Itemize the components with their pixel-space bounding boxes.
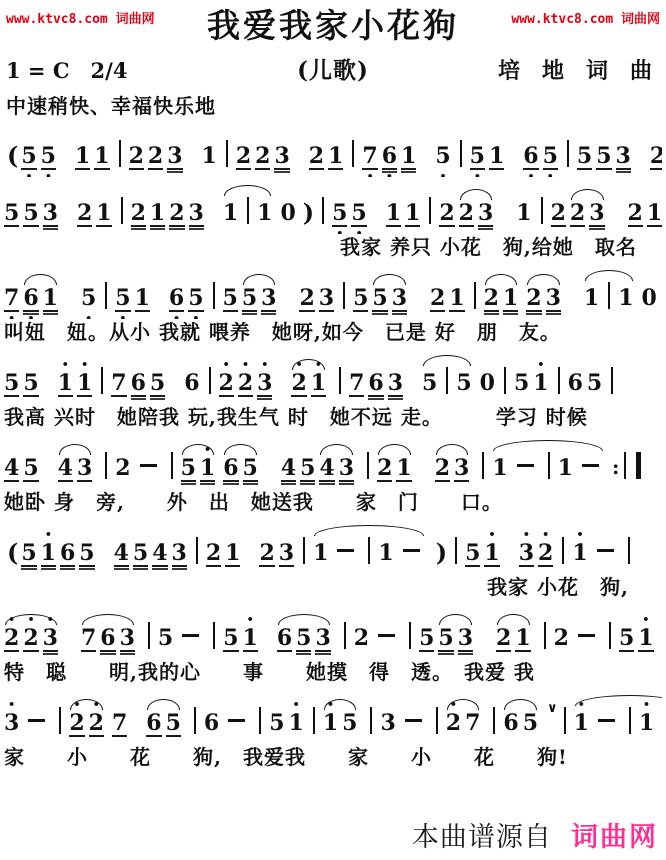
- octave-dot-below: •: [173, 314, 180, 319]
- note: 1•: [638, 626, 653, 652]
- slur-group: 21: [484, 286, 523, 312]
- repeat-dots: :: [612, 455, 619, 479]
- note: 2: [484, 286, 499, 312]
- note: 5: [577, 144, 592, 170]
- barline: [121, 197, 123, 224]
- note: 3: [616, 144, 631, 170]
- note: 5•: [435, 144, 450, 168]
- note: 1•: [289, 711, 304, 735]
- note: 3: [339, 456, 354, 482]
- note: 2: [259, 541, 274, 567]
- note: 2: [526, 286, 541, 312]
- octave-dot-above: •: [537, 360, 544, 370]
- note: 3: [261, 286, 276, 312]
- note: 5: [514, 371, 529, 395]
- lyrics-line: 她卧 身 旁, 外 出 她送我 家 门 口。: [4, 489, 662, 517]
- note: 1: [202, 144, 217, 168]
- octave-dot-below: •: [440, 172, 447, 177]
- watermark-left: www.ktvc8.com 词曲网: [6, 8, 155, 27]
- octave-dot-below: •: [527, 172, 534, 177]
- slur-group: 2•2•3•: [4, 626, 62, 652]
- note: 6: [184, 371, 199, 395]
- octave-dot-below: •: [27, 314, 34, 319]
- parenthesis: ): [303, 198, 314, 227]
- note: 1: [257, 201, 272, 225]
- source-site: 词曲网: [571, 822, 658, 853]
- note: 1: [96, 201, 111, 227]
- note: 2: [650, 144, 662, 170]
- slur-group: 23: [459, 201, 498, 227]
- note: 2: [255, 144, 270, 170]
- note: 1•: [243, 626, 258, 652]
- note: 3: [478, 201, 493, 227]
- note: 5: [596, 144, 611, 170]
- note: 6: [60, 541, 75, 567]
- slur-group: 53: [242, 286, 281, 312]
- note: 6•: [523, 144, 538, 170]
- lyrics-line: 我高 兴时 她陪我 玩,我生气 时 她不远 走。 学习 时候: [4, 404, 662, 432]
- note: 5: [372, 286, 387, 312]
- notes-line: 553212123110)5•5•11223122321: [4, 182, 662, 234]
- note: 5: [133, 541, 148, 567]
- slur-group: 763: [81, 626, 139, 652]
- barline: [194, 707, 196, 734]
- note: 3•: [43, 626, 58, 652]
- note: 0: [480, 371, 495, 395]
- octave-dot-below: •: [336, 229, 343, 234]
- octave-dot-below: •: [192, 314, 199, 319]
- note: 2: [570, 201, 585, 227]
- duration-dash: [405, 719, 422, 722]
- note: 2: [77, 201, 92, 227]
- slur-group: 23: [570, 201, 609, 227]
- parenthesis: (: [7, 141, 18, 170]
- barline: [339, 367, 341, 394]
- note: 4: [114, 541, 129, 567]
- note: 6: [568, 371, 583, 395]
- lyrics-line: 叫妞 妞。从小 我就 喂养 她呀,如今 已是 好 朋 友。: [4, 319, 662, 347]
- slur-group: 653: [277, 626, 335, 652]
- note: 3: [274, 144, 289, 170]
- notes-line: (51•654543212311)51•3•2•1•: [4, 522, 662, 574]
- parenthesis: ): [436, 538, 447, 567]
- note: 5•: [351, 201, 366, 227]
- barline: [213, 282, 215, 309]
- barline: [105, 452, 107, 479]
- system-row: 553212123110)5•5•11223122321 我家 养只 小花 狗,…: [4, 182, 662, 262]
- barline: [367, 452, 369, 479]
- note: 0: [280, 201, 295, 225]
- source-prefix: 本曲谱源自: [412, 822, 552, 853]
- note: 3: [172, 541, 187, 567]
- system-row: (5•5•112231223217•6•15•5•16•5•55320: [4, 125, 662, 177]
- notes-line: 551•1•76562•2•3•2•1•76355051•65: [4, 352, 662, 404]
- barline: [567, 140, 569, 167]
- note: 0: [642, 286, 657, 310]
- note: 1: [396, 456, 411, 482]
- duration-dash: [28, 719, 45, 722]
- octave-dot-above: •: [93, 700, 100, 710]
- slur-group: 55: [422, 367, 476, 397]
- note: 5: [158, 626, 173, 650]
- barline: [101, 367, 103, 394]
- watermark-right: www.ktvc8.com 词曲网: [511, 8, 660, 27]
- duration-dash: [140, 464, 157, 467]
- slur-group: 21: [496, 626, 535, 652]
- octave-dot-above: •: [523, 530, 530, 540]
- barline: [409, 622, 411, 649]
- note: 5: [523, 711, 538, 735]
- note: 3: [120, 626, 135, 652]
- duration-dash: [403, 549, 420, 552]
- note: 1•: [58, 371, 73, 397]
- duration-dash: [517, 464, 534, 467]
- note: 7•: [362, 144, 377, 170]
- note: 6•: [382, 144, 397, 170]
- octave-dot-above: •: [8, 700, 15, 710]
- note: 2: [628, 201, 643, 227]
- octave-dot-below: •: [119, 314, 126, 319]
- barline: [548, 452, 550, 479]
- note: 6: [368, 371, 383, 397]
- credits: 培 地 词 曲: [369, 54, 662, 85]
- note: 3: [279, 541, 294, 567]
- barline: [544, 622, 546, 649]
- note: 5: [438, 626, 453, 652]
- slur-group: 2•1•: [291, 371, 330, 397]
- note: 2: [377, 456, 392, 482]
- barline: [628, 537, 630, 564]
- octave-dot-above: •: [27, 615, 34, 625]
- octave-dot-above: •: [489, 530, 496, 540]
- note: 3: [315, 626, 330, 652]
- note: 5: [456, 371, 471, 395]
- octave-dot-above: •: [643, 700, 650, 710]
- note: 2: [554, 626, 569, 650]
- note: 3: [77, 456, 92, 482]
- note: 1: [378, 541, 393, 565]
- note: 5•: [41, 144, 56, 170]
- note: 5•: [115, 286, 130, 312]
- note: 3: [454, 456, 469, 482]
- note: 2: [206, 541, 221, 567]
- note: 1•: [574, 711, 589, 735]
- note: 5: [619, 626, 634, 652]
- barline: [352, 140, 354, 167]
- slur-group: 1•5: [323, 711, 362, 737]
- note: 2: [430, 286, 445, 312]
- note: 3: [167, 144, 182, 170]
- note: 2•: [4, 626, 19, 652]
- note: 5: [243, 456, 258, 482]
- note: 1: [150, 201, 165, 227]
- barline: [226, 140, 228, 167]
- note: 7: [111, 371, 126, 397]
- note: 5: [242, 286, 257, 312]
- note: 2: [131, 201, 146, 227]
- note: 6: [277, 626, 292, 652]
- lyrics-line: 家 小 花 狗, 我爱我 家 小 花 狗!: [4, 744, 662, 772]
- slur-group: 21: [377, 456, 416, 482]
- octave-dot-above: •: [327, 700, 334, 710]
- score: (5•5•112231223217•6•15•5•16•5•5532055321…: [4, 125, 662, 772]
- note: 5•: [470, 144, 485, 170]
- note: 2•: [238, 371, 253, 397]
- note: 5: [465, 541, 480, 567]
- note: 2: [551, 201, 566, 227]
- lyrics-line: 特 聪 明,我的心 事 她摸 得 透。 我爱 我: [4, 659, 662, 687]
- barline: [564, 707, 566, 734]
- octave-dot-above: •: [293, 700, 300, 710]
- octave-dot-above: •: [642, 615, 649, 625]
- note: 1: [492, 456, 507, 480]
- note: 5: [223, 286, 238, 312]
- note: 1: [618, 286, 633, 310]
- octave-dot-above: •: [450, 700, 457, 710]
- octave-dot-below: •: [367, 172, 374, 177]
- note: 1: [43, 286, 58, 312]
- barline: [624, 452, 626, 479]
- note: 5•: [81, 286, 96, 310]
- barline: [105, 282, 107, 309]
- barline: [59, 707, 61, 734]
- note: 5•: [543, 144, 558, 170]
- subtitle: (儿歌): [297, 52, 369, 85]
- note: 5: [587, 371, 602, 395]
- barline: [482, 452, 484, 479]
- barline: [343, 282, 345, 309]
- note: 1: [135, 286, 150, 312]
- note: 5•: [332, 201, 347, 227]
- note: 1•: [484, 541, 499, 567]
- duration-dash: [578, 634, 595, 637]
- notes-line: 7•6•15•5•16•5•55323553212123110: [4, 267, 662, 319]
- note: 1: [584, 286, 599, 310]
- note: 3: [392, 286, 407, 312]
- slur-group: 51•: [181, 456, 220, 482]
- octave-dot-above: •: [81, 360, 88, 370]
- barline: [608, 282, 610, 309]
- barline: [247, 197, 249, 224]
- note: 2: [354, 626, 369, 650]
- octave-dot-above: •: [261, 360, 268, 370]
- system-row: (51•654543212311)51•3•2•1• 我家 小花 狗,: [4, 522, 662, 602]
- note: 1•: [323, 711, 338, 735]
- barline: [611, 367, 613, 394]
- note: 3•: [257, 371, 272, 397]
- octave-dot-above: •: [576, 530, 583, 540]
- slur-group: 53: [438, 626, 477, 652]
- note: 2: [115, 456, 130, 480]
- slur-group: 11: [584, 282, 638, 312]
- slur-group: 11: [492, 452, 608, 482]
- duration-dash: [582, 464, 599, 467]
- note: 6: [100, 626, 115, 652]
- barline: [562, 537, 564, 564]
- note: 1: [515, 626, 530, 652]
- lyrics-line: 我家 小花 狗,: [4, 574, 662, 602]
- slur-group: 23: [526, 286, 565, 312]
- barline: [209, 367, 211, 394]
- octave-dot-above: •: [62, 360, 69, 370]
- note: 1: [401, 144, 416, 170]
- slur-group: 23: [435, 456, 474, 482]
- note: 5: [300, 456, 315, 482]
- barline: [148, 622, 150, 649]
- note: 1•: [200, 456, 215, 482]
- octave-dot-above: •: [8, 615, 15, 625]
- octave-dot-above: •: [296, 360, 303, 370]
- octave-dot-above: •: [47, 615, 54, 625]
- barline: [429, 197, 431, 224]
- duration-dash: [597, 549, 614, 552]
- note: 4: [281, 456, 296, 482]
- note: 5: [23, 371, 38, 397]
- note: 1: [449, 286, 464, 312]
- barline: [504, 367, 506, 394]
- duration-dash: [378, 634, 395, 637]
- system-row: 3•2•2•765651•1•532•765∨1•1•家 小 花 狗, 我爱我 …: [4, 692, 662, 772]
- barline: [119, 140, 121, 167]
- note: 1: [503, 286, 518, 312]
- barline-thick: [636, 452, 641, 479]
- lyrics-line: 我家 养只 小花 狗,给她 取名: [4, 234, 662, 262]
- note: 2: [309, 144, 324, 170]
- octave-dot-above: •: [315, 360, 322, 370]
- barline: [446, 367, 448, 394]
- barline: [196, 537, 198, 564]
- barline: [213, 622, 215, 649]
- octave-dot-below: •: [356, 229, 363, 234]
- note: 7: [112, 711, 127, 737]
- note: 1: [647, 201, 662, 227]
- octave-dot-below: •: [547, 172, 554, 177]
- source-footer: 本曲谱源自 词曲网: [412, 815, 658, 854]
- octave-dot-above: •: [247, 615, 254, 625]
- note: 3: [546, 286, 561, 312]
- note: 2: [439, 201, 454, 227]
- notes-line: 4543251•654543212311:: [4, 437, 662, 489]
- header: www.ktvc8.com 词曲网 我爱我家小花狗 www.ktvc8.com …: [4, 4, 662, 50]
- note: 5•: [21, 144, 36, 170]
- note: 5: [419, 626, 434, 652]
- note: 1: [75, 144, 90, 170]
- note: 5: [269, 711, 284, 735]
- octave-dot-above: •: [542, 530, 549, 540]
- note: 1: [386, 201, 401, 227]
- barline: [558, 367, 560, 394]
- octave-dot-below: •: [45, 172, 52, 177]
- note: 1•: [639, 711, 654, 735]
- parenthesis: (: [7, 538, 18, 567]
- key-time-signature: 1 = C 2/4: [4, 55, 297, 85]
- slur-group: 43: [58, 456, 97, 482]
- note: 1: [313, 541, 328, 565]
- slur-group: 11: [313, 537, 429, 567]
- note: 1•: [572, 541, 587, 565]
- octave-dot-below: •: [474, 172, 481, 177]
- note: 5: [4, 371, 19, 397]
- barline: [455, 537, 457, 564]
- slur-group: 65: [146, 711, 185, 737]
- note: 1•: [311, 371, 326, 397]
- notes-line: 3•2•2•765651•1•532•765∨1•1•: [4, 692, 662, 744]
- note: 6: [146, 711, 161, 737]
- barline: [344, 622, 346, 649]
- octave-dot-above: •: [223, 360, 230, 370]
- barline: [609, 622, 611, 649]
- note: 3: [458, 626, 473, 652]
- system-row: 7•6•15•5•16•5•55323553212123110叫妞 妞。从小 我…: [4, 267, 662, 347]
- duration-dash: [182, 634, 199, 637]
- note: 5: [342, 711, 357, 735]
- slur-group: 2•7: [446, 711, 485, 737]
- note: 2•: [89, 711, 104, 737]
- barline: [368, 537, 370, 564]
- note: 1: [516, 201, 531, 225]
- note: 3•: [4, 711, 19, 735]
- note: 2•: [69, 711, 84, 737]
- octave-dot-above: •: [73, 700, 80, 710]
- duration-dash: [337, 549, 354, 552]
- note: 3: [319, 286, 334, 312]
- note: 2•: [219, 371, 234, 397]
- octave-dot-below: •: [8, 314, 15, 319]
- barline: [259, 707, 261, 734]
- note: 2: [129, 144, 144, 170]
- note: 2: [459, 201, 474, 227]
- note: 1•: [77, 371, 92, 397]
- note: 5: [422, 371, 437, 395]
- barline: [460, 140, 462, 167]
- note: 1•: [41, 541, 56, 567]
- note: 7: [465, 711, 480, 735]
- notes-line: 2•2•3•763551•653255321251•1•5: [4, 607, 662, 659]
- octave-dot-below: •: [386, 172, 393, 177]
- slur-group: 1•1•: [574, 707, 662, 737]
- octave-dot-below: •: [26, 172, 33, 177]
- barline: [493, 707, 495, 734]
- note: 3: [189, 201, 204, 227]
- note: 1: [223, 201, 238, 225]
- note: 4: [4, 456, 19, 482]
- barline: [303, 537, 305, 564]
- slur-group: 2•2•: [69, 711, 108, 737]
- barline: [322, 197, 324, 224]
- note: 5•: [188, 286, 203, 312]
- octave-dot-above: •: [45, 530, 52, 540]
- note: 2: [148, 144, 163, 170]
- note: 3: [43, 201, 58, 227]
- note: 6: [503, 711, 518, 735]
- note: 3•: [519, 541, 534, 567]
- note: 4: [152, 541, 167, 567]
- note: 5: [181, 456, 196, 482]
- note: 2: [169, 201, 184, 227]
- note: 4: [58, 456, 73, 482]
- barline: [370, 707, 372, 734]
- barline: [474, 282, 476, 309]
- barline: [541, 197, 543, 224]
- note: 2•: [291, 371, 306, 397]
- notes-line: (5•5•112231223217•6•15•5•16•5•55320: [4, 125, 662, 177]
- duration-dash: [598, 719, 615, 722]
- note: 7•: [4, 286, 19, 312]
- note: 5: [4, 201, 19, 227]
- note: 5: [353, 286, 368, 312]
- slur-group: 53: [372, 286, 411, 312]
- note: 5: [23, 456, 38, 482]
